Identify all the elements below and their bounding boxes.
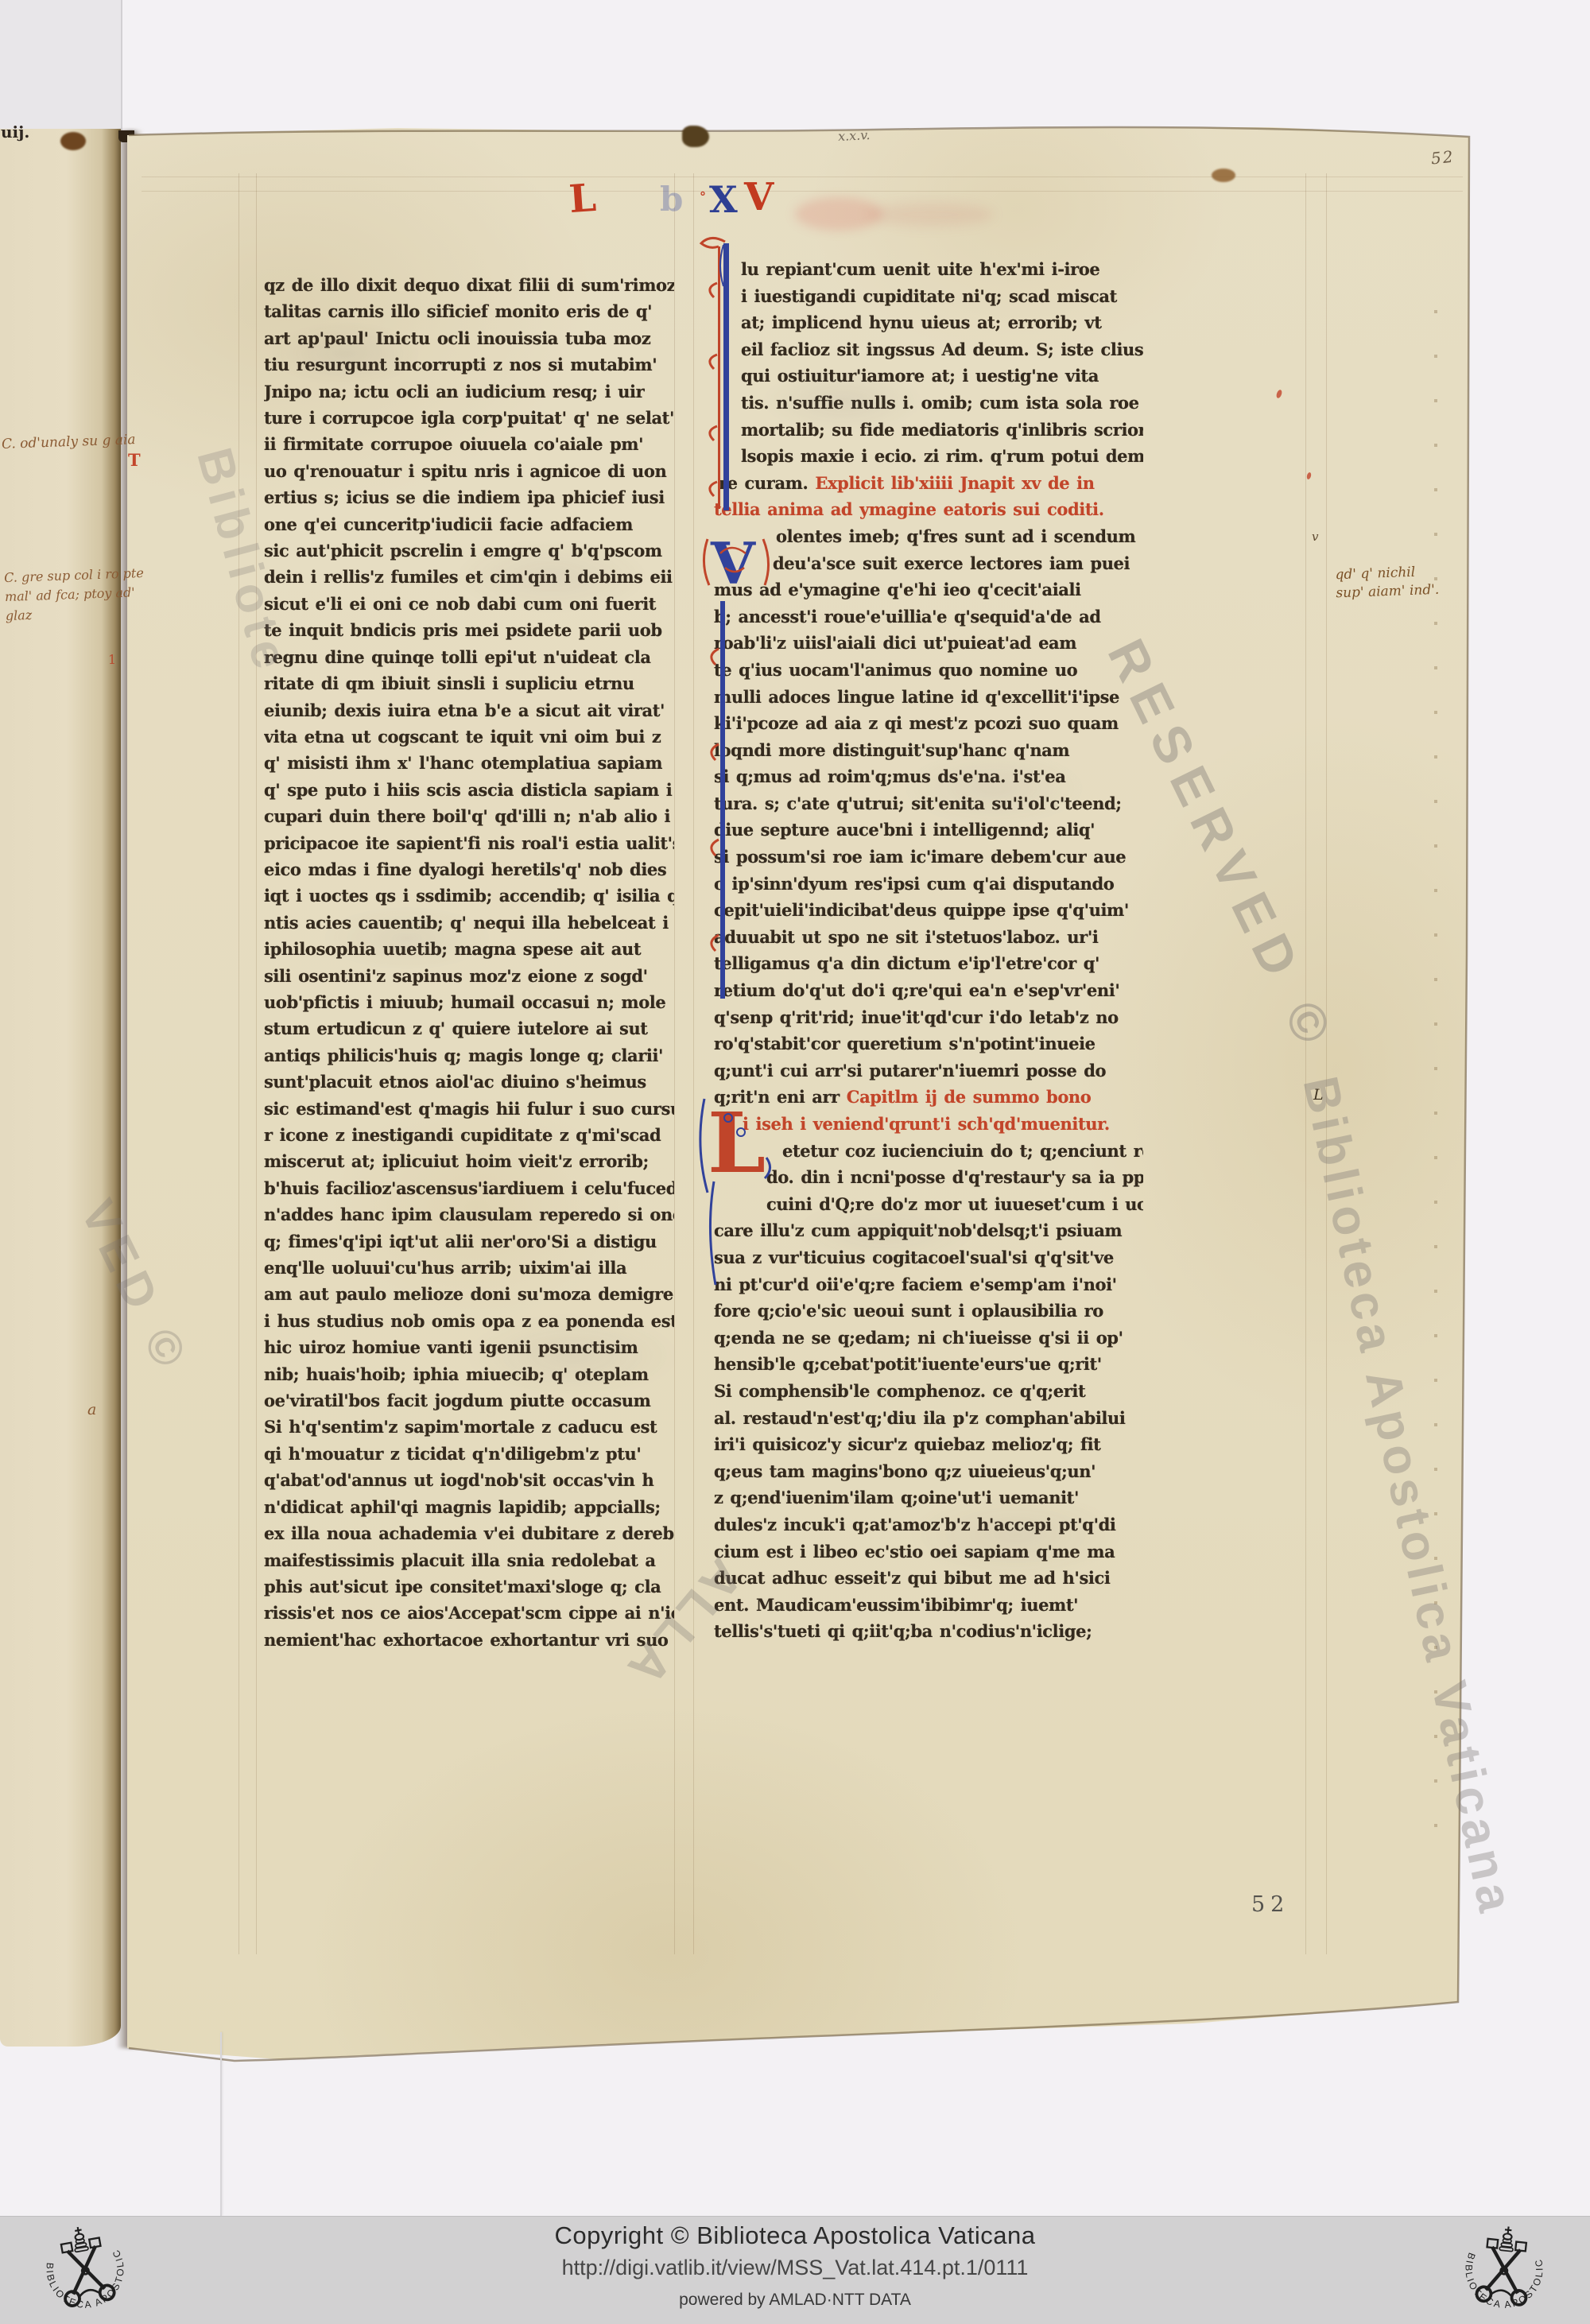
text-line: maifestissimis placuit illa snia redoleb…: [264, 1547, 674, 1573]
text-line: sic estimand'est q'magis hii fulur i suo…: [264, 1096, 674, 1122]
text-run: sili osentini'z sapinus moz'z eione z so…: [264, 966, 648, 986]
text-line: vita etna ut cogscant te iquit vni oim b…: [264, 724, 674, 750]
ink-stain: [1212, 169, 1235, 182]
pricking-holes: [1434, 310, 1437, 1860]
text-run: do. din i ncni'posse d'q'restaur'y sa ia…: [766, 1167, 1143, 1187]
text-run: q' spe puto i hiis scis ascia disticla s…: [264, 780, 672, 800]
text-run: q;enda ne se q;edam; ni ch'iueisse q'si …: [714, 1328, 1123, 1348]
text-line: ii firmitate corrupoe oiuuela co'aiale p…: [264, 431, 674, 457]
text-line: b'huis facilioz'ascensus'iardiuem i celu…: [264, 1175, 674, 1201]
svg-text:L: L: [708, 1094, 766, 1192]
text-line: Jnipo na; ictu ocli an iudicium resq; i …: [264, 378, 674, 405]
svg-text:V: V: [710, 530, 756, 597]
text-run: i hus studius nob omis opa z ea ponenda …: [264, 1311, 674, 1331]
text-line: q; fimes'q'ipi iqt'ut alii ner'oro'Si a …: [264, 1228, 674, 1255]
text-run: uob'pfictis i miuub; humail occasui n; m…: [264, 992, 665, 1012]
text-run: antiqs philicis'huis q; magis longe q; c…: [264, 1046, 663, 1065]
footer-url: http://digi.vatlib.it/view/MSS_Vat.lat.4…: [0, 2256, 1590, 2280]
text-line: regnu dine quinqe tolli epi'ut n'uideat …: [264, 644, 674, 670]
initial-l: L: [700, 1094, 770, 1285]
text-line: qz de illo dixit dequo dixat filii di su…: [264, 272, 674, 298]
text-line: n'addes hanc ipim clausulam reperedo si …: [264, 1201, 674, 1228]
text-run: ex illa noua achademia v'ei dubitare z d…: [264, 1523, 674, 1543]
text-line: q;enda ne se q;edam; ni ch'iueisse q'si …: [714, 1325, 1143, 1352]
text-run: phis aut'sicut ipe consitet'maxi'sloge q…: [264, 1577, 661, 1597]
text-run: qz de illo dixit dequo dixat filii di su…: [264, 275, 674, 295]
text-run: art ap'paul' Inictu ocli inouissia tuba …: [264, 328, 650, 348]
text-line: fore q;cio'e'sic ueoui sunt i oplausibil…: [714, 1298, 1143, 1325]
text-line: rissis'et nos ce aios'Accepat'scm cippe …: [264, 1600, 674, 1626]
text-run: talitas carnis illo sificief monito eris…: [264, 301, 652, 321]
top-margin-note: x.x.v.: [838, 127, 871, 144]
text-line: ducat adhuc esseit'z qui bibut me ad h's…: [714, 1565, 1143, 1592]
margin-red-numeral: 1: [108, 652, 116, 667]
text-run: dules'z incuk'i q;at'amoz'b'z h'accepi p…: [714, 1515, 1115, 1534]
text-run: mortalib; su fide mediatoris q'inlibris …: [741, 420, 1143, 440]
text-line: Si h'q'sentim'z sapim'mortale z caducu e…: [264, 1414, 674, 1440]
ruling-line: [1326, 173, 1327, 1954]
text-line: te inquit bndicis pris mei psidete parii…: [264, 617, 674, 643]
text-run: oe'viratil'bos facit jogdum piutte occas…: [264, 1391, 650, 1410]
text-line: talitas carnis illo sificief monito eris…: [264, 298, 674, 324]
vatican-library-seal-right: BIBLIOTECA APOSTOLICA VATICANA: [1453, 2218, 1554, 2319]
text-run: deu'a'sce suit exerce lectores iam puei: [773, 553, 1130, 573]
text-line: ertius s; icius se die indiem ipa phicie…: [264, 484, 674, 510]
text-run: hensib'le q;cebat'potit'iuente'eurs'ue q…: [714, 1354, 1102, 1374]
text-run: n'didicat aphil'qi magnis lapidib; appci…: [264, 1497, 661, 1517]
text-run: enq'lle uoluui'cu'hus arrib; uixim'ai il…: [264, 1258, 626, 1278]
text-line: ritate di qm ibiuit sinsli i supliciu et…: [264, 670, 674, 696]
text-line: iri'i quisicoz'y sicur'z quiebaz melioz'…: [714, 1431, 1143, 1458]
text-line: am aut paulo melioze doni su'moza demigr…: [264, 1281, 674, 1307]
text-run: ture i corrupcoe igla corp'puitat' q' ne…: [264, 408, 674, 428]
text-line: pricipacoe ite sapient'fi nis roal'i est…: [264, 830, 674, 856]
text-run: rissis'et nos ce aios'Accepat'scm cippe …: [264, 1603, 674, 1623]
text-line: ent. Maudicam'eussim'ibibimr'q; iuemt': [714, 1592, 1143, 1619]
text-run: qi h'mouatur z ticidat q'n'diligebm'z pt…: [264, 1444, 641, 1464]
text-run: q; fimes'q'ipi iqt'ut alii ner'oro'Si a …: [264, 1232, 657, 1251]
text-run: ducat adhuc esseit'z qui bibut me ad h's…: [714, 1568, 1110, 1588]
text-run: eico mdas i fine dyalogi heretils'q' nob…: [264, 859, 666, 879]
running-header-degree-mark: °: [700, 189, 706, 204]
folio-number-stamp: 52: [1251, 1892, 1289, 1917]
text-line: enq'lle uoluui'cu'hus arrib; uixim'ai il…: [264, 1255, 674, 1281]
text-line: q'abat'od'annus ut iogd'nob'sit occas'vi…: [264, 1467, 674, 1493]
text-run: olentes imeb; q'fres sunt ad i scendum: [776, 526, 1135, 546]
left-text-column: qz de illo dixit dequo dixat filii di su…: [264, 272, 674, 1653]
text-line: one q'ei cunceritp'iudicii facie adfacie…: [264, 511, 674, 537]
initial-i-penwork: [701, 238, 729, 510]
margin-note-left: C. gre sup col i ro pte mal' ad fca; pto…: [4, 564, 145, 626]
text-line: ex illa noua achademia v'ei dubitare z d…: [264, 1520, 674, 1546]
digitized-manuscript-page: L b ° X V uij. x.x.v. 52 52 T C. od'unal…: [0, 0, 1590, 2324]
text-line: iqt i uoctes qs i ssdimib; accendib; q' …: [264, 883, 674, 909]
ruling-line: [142, 191, 1463, 192]
text-run: nib; huais'hoib; iphia miuecib; q' otepl…: [264, 1364, 649, 1384]
text-run: dein i rellis'z fumiles et cim'qin i deb…: [264, 567, 673, 587]
text-run: ii firmitate corrupoe oiuuela co'aiale p…: [264, 434, 643, 454]
text-run: ent. Maudicam'eussim'ibibimr'q; iuemt': [714, 1595, 1078, 1615]
text-run: miscerut at; iplicuiut hoim vieit'z erro…: [264, 1151, 649, 1171]
running-header-liber: L: [568, 176, 598, 222]
text-line: q' misisti ihm x' l'hanc otemplatiua sap…: [264, 750, 674, 776]
text-run: maifestissimis placuit illa snia redoleb…: [264, 1550, 656, 1570]
text-run: eiunib; dexis iuira etna b'e a sicut ait…: [264, 700, 665, 720]
text-run: eil faclioz sit ingssus Ad deum. S; iste…: [741, 339, 1143, 359]
text-line: cium est i libeo ec'stio oei sapiam q'me…: [714, 1538, 1143, 1565]
ruling-line: [142, 177, 1463, 177]
red-ink-offset-smudge: [867, 203, 994, 227]
footer-bar: Copyright © Biblioteca Apostolica Vatica…: [0, 2216, 1590, 2324]
text-line: ntis acies cauentib; q' nequi illa hebel…: [264, 910, 674, 936]
footer-powered-by: powered by AMLAD·NTT DATA: [0, 2291, 1590, 2310]
margin-note-right: qd' q' nichil sup' aiam' ind'.: [1335, 563, 1439, 603]
text-line: q' spe puto i hiis scis ascia disticla s…: [264, 777, 674, 803]
folio-number-handwritten: 52: [1430, 147, 1456, 169]
text-line: dein i rellis'z fumiles et cim'qin i deb…: [264, 564, 674, 590]
text-run: stum ertudicun z q' quiere iutelore ai s…: [264, 1018, 648, 1038]
text-run: b'huis facilioz'ascensus'iardiuem i celu…: [264, 1178, 674, 1198]
text-line: stum ertudicun z q' quiere iutelore ai s…: [264, 1015, 674, 1042]
sheet-seam-bottom: [220, 2032, 222, 2216]
text-run: Si comphensib'le comphenoz. ce q'q;erit: [714, 1381, 1085, 1401]
text-run: Explicit lib'xiiii Jnapit xv de in: [815, 473, 1094, 493]
text-line: cupari duin there boil'q' qd'illi n; n'a…: [264, 803, 674, 829]
text-line: phis aut'sicut ipe consitet'maxi'sloge q…: [264, 1573, 674, 1600]
text-line: tellis's'tueti qi q;iit'q;ba n'codius'n'…: [714, 1618, 1143, 1645]
text-run: Si h'q'sentim'z sapim'mortale z caducu e…: [264, 1417, 657, 1437]
ruling-line: [693, 173, 694, 1954]
text-run: cuini d'Q;re do'z mor ut iuueset'cum i u…: [766, 1194, 1143, 1214]
text-run: q' misisti ihm x' l'hanc otemplatiua sap…: [264, 753, 662, 773]
text-line: sicut e'li ei oni ce nob dabi cum oni fu…: [264, 591, 674, 617]
text-line: Si comphensib'le comphenoz. ce q'q;erit: [714, 1378, 1143, 1405]
text-line: eiunib; dexis iuira etna b'e a sicut ait…: [264, 697, 674, 724]
text-line: hensib'le q;cebat'potit'iuente'eurs'ue q…: [714, 1351, 1143, 1378]
ruling-line: [674, 173, 675, 1954]
text-run: sic aut'phicit pscrelin i emgre q' b'q'p…: [264, 541, 662, 561]
text-line: tiu resurgunt incorrupti z nos si mutabi…: [264, 351, 674, 378]
text-line: qi h'mouatur z ticidat q'n'diligebm'z pt…: [264, 1441, 674, 1467]
red-paragraph-mark: T: [128, 450, 141, 470]
text-run: iqt i uoctes qs i ssdimib; accendib; q' …: [264, 886, 674, 906]
text-run: sicut e'li ei oni ce nob dabi cum oni fu…: [264, 594, 656, 614]
text-line: nemient'hac exhortacoe exhortantur vri s…: [264, 1627, 674, 1653]
ink-stain: [682, 126, 709, 147]
text-line: nib; huais'hoib; iphia miuecib; q' otepl…: [264, 1361, 674, 1387]
text-run: etetur coz iucienciuin do t; q;enciunt r…: [782, 1141, 1143, 1161]
text-run: tis. n'suffie nulls i. omib; cum ista so…: [741, 393, 1139, 413]
margin-letter-a: a: [87, 1401, 96, 1418]
text-run: n'addes hanc ipim clausulam reperedo si …: [264, 1205, 674, 1224]
text-line: uo q'renouatur i spitu nris i agnicoe di…: [264, 458, 674, 484]
text-line: eico mdas i fine dyalogi heretils'q' nob…: [264, 856, 674, 883]
initial-v: V: [704, 530, 768, 597]
text-run: cupari duin there boil'q' qd'illi n; n'a…: [264, 806, 670, 826]
text-run: z q;end'iuenim'ilam q;oine'ut'i uemanit': [714, 1488, 1079, 1507]
text-run: Jnipo na; ictu ocli an iudicium resq; i …: [264, 382, 644, 402]
text-line: n'didicat aphil'qi magnis lapidib; appci…: [264, 1494, 674, 1520]
ink-stain: [60, 132, 86, 150]
initial-descender-penwork: [712, 601, 725, 999]
running-header-numeral-x: X: [709, 178, 738, 221]
text-line: q;eus tam magins'bono q;z uiueieus'q;un': [714, 1458, 1143, 1485]
text-line: sili osentini'z sapinus moz'z eione z so…: [264, 963, 674, 989]
text-run: pricipacoe ite sapient'fi nis roal'i est…: [264, 833, 674, 853]
text-run: q'abat'od'annus ut iogd'nob'sit occas'vi…: [264, 1470, 653, 1490]
vatican-library-seal-left: BIBLIOTECA APOSTOLICA VATICANA: [32, 2216, 138, 2322]
text-run: lsopis maxie i ecio. zi rim. q'rum potui…: [741, 446, 1143, 466]
text-run: ritate di qm ibiuit sinsli i supliciu et…: [264, 673, 634, 693]
corner-text-fragment: uij.: [1, 122, 29, 142]
text-run: sunt'placuit etnos aiol'ac diuino s'heim…: [264, 1072, 646, 1092]
text-line: ture i corrupcoe igla corp'puitat' q' ne…: [264, 405, 674, 431]
running-header-ghost-letter: b: [660, 180, 683, 219]
text-line: uob'pfictis i miuub; humail occasui n; m…: [264, 989, 674, 1015]
text-line: sunt'placuit etnos aiol'ac diuino s'heim…: [264, 1069, 674, 1095]
text-run: ntis acies cauentib; q' nequi illa hebel…: [264, 913, 669, 933]
margin-mark-v: v: [1312, 530, 1318, 544]
running-header-numeral-v: V: [744, 175, 774, 219]
ruling-line: [256, 173, 257, 1954]
text-line: sic aut'phicit pscrelin i emgre q' b'q'p…: [264, 537, 674, 564]
text-run: regnu dine quinqe tolli epi'ut n'uideat …: [264, 647, 651, 667]
text-run: hic uiroz homiue vanti igenii psunctisim: [264, 1337, 638, 1357]
text-run: iphilosophia uuetib; magna spese ait aut: [264, 939, 641, 959]
text-run: am aut paulo melioze doni su'moza demigr…: [264, 1284, 673, 1304]
text-line: antiqs philicis'huis q; magis longe q; c…: [264, 1042, 674, 1069]
text-run: iri'i quisicoz'y sicur'z quiebaz melioz'…: [714, 1434, 1101, 1454]
text-line: miscerut at; iplicuiut hoim vieit'z erro…: [264, 1148, 674, 1174]
text-run: cium est i libeo ec'stio oei sapiam q'me…: [714, 1542, 1115, 1562]
text-run: tiu resurgunt incorrupti z nos si mutabi…: [264, 355, 657, 374]
margin-mark-L: L: [1313, 1086, 1324, 1104]
text-run: te inquit bndicis pris mei psidete parii…: [264, 620, 662, 640]
text-line: r icone z inestigandi cupiditate z q'mi'…: [264, 1122, 674, 1148]
text-line: al. restaud'n'est'q;'diu ila p'z comphan…: [714, 1405, 1143, 1432]
ruling-line: [1305, 173, 1306, 1954]
text-run: q;eus tam magins'bono q;z uiueieus'q;un': [714, 1461, 1096, 1481]
text-run: ertius s; icius se die indiem ipa phicie…: [264, 487, 665, 507]
text-run: al. restaud'n'est'q;'diu ila p'z comphan…: [714, 1408, 1125, 1428]
text-line: hic uiroz homiue vanti igenii psunctisim: [264, 1334, 674, 1360]
text-line: art ap'paul' Inictu ocli inouissia tuba …: [264, 325, 674, 351]
penwork-initials: V L: [696, 235, 800, 1301]
text-run: r icone z inestigandi cupiditate z q'mi'…: [264, 1125, 661, 1145]
text-run: fore q;cio'e'sic ueoui sunt i oplausibil…: [714, 1301, 1103, 1321]
text-line: z q;end'iuenim'ilam q;oine'ut'i uemanit': [714, 1484, 1143, 1511]
text-run: one q'ei cunceritp'iudicii facie adfacie…: [264, 514, 633, 534]
text-run: uo q'renouatur i spitu nris i agnicoe di…: [264, 461, 666, 481]
text-run: sic estimand'est q'magis hii fulur i suo…: [264, 1099, 674, 1119]
text-line: iphilosophia uuetib; magna spese ait aut: [264, 936, 674, 962]
ruling-line: [238, 173, 239, 1954]
footer-copyright: Copyright © Biblioteca Apostolica Vatica…: [0, 2221, 1590, 2250]
text-run: nemient'hac exhortacoe exhortantur vri s…: [264, 1630, 669, 1650]
text-line: i hus studius nob omis opa z ea ponenda …: [264, 1308, 674, 1334]
text-run: Capitlm ij de summo bono: [847, 1087, 1092, 1107]
text-line: oe'viratil'bos facit jogdum piutte occas…: [264, 1387, 674, 1414]
text-line: dules'z incuk'i q;at'amoz'b'z h'accepi p…: [714, 1511, 1143, 1538]
text-run: vita etna ut cogscant te iquit vni oim b…: [264, 727, 661, 747]
text-run: tellis's'tueti qi q;iit'q;ba n'codius'n'…: [714, 1621, 1092, 1641]
margin-note-line: sup' aiam' ind'.: [1336, 581, 1440, 603]
